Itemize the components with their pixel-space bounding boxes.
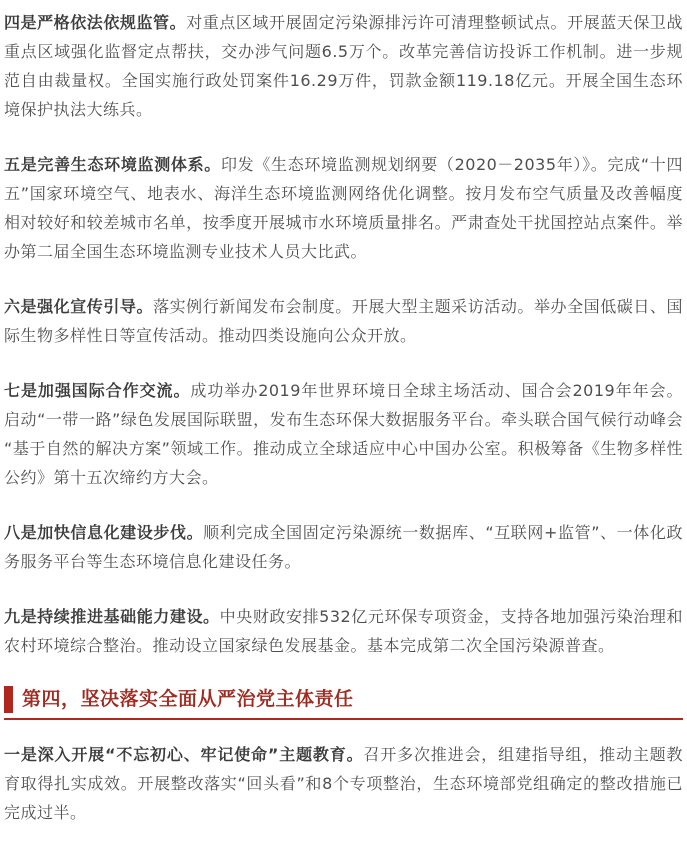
paragraph-lead: 八是加快信息化建设步伐。 — [4, 523, 203, 542]
paragraph-lead: 六是强化宣传引导。 — [4, 297, 153, 316]
section-header-title: 第四，坚决落实全面从严治党主体责任 — [22, 686, 354, 713]
paragraph: 七是加强国际合作交流。成功举办2019年世界环境日全球主场活动、国合会2019年… — [4, 376, 683, 492]
paragraph-lead: 七是加强国际合作交流。 — [4, 381, 190, 400]
article-content: 四是严格依法依规监管。对重点区域开展固定污染源排污许可清理整顿试点。开展蓝天保卫… — [0, 0, 687, 845]
paragraph-lead: 一是深入开展“不忘初心、牢记使命”主题教育。 — [4, 745, 363, 764]
paragraph: 九是持续推进基础能力建设。中央财政安排532亿元环保专项资金，支持各地加强污染治… — [4, 602, 683, 660]
paragraph-lead: 四是严格依法依规监管。 — [4, 13, 186, 32]
paragraph: 一是深入开展“不忘初心、牢记使命”主题教育。召开多次推进会，组建指导组，推动主题… — [4, 740, 683, 827]
paragraph: 五是完善生态环境监测体系。印发《生态环境监测规划纲要（2020－2035年）》。… — [4, 150, 683, 266]
paragraph-lead: 九是持续推进基础能力建设。 — [4, 607, 220, 626]
section-header: 第四，坚决落实全面从严治党主体责任 — [4, 686, 683, 720]
paragraph: 六是强化宣传引导。落实例行新闻发布会制度。开展大型主题采访活动。举办全国低碳日、… — [4, 292, 683, 350]
red-bar — [4, 686, 13, 713]
paragraph: 八是加快信息化建设步伐。顺利完成全国固定污染源统一数据库、“互联网+监管”、一体… — [4, 518, 683, 576]
paragraph-lead: 五是完善生态环境监测体系。 — [4, 155, 221, 174]
paragraph: 四是严格依法依规监管。对重点区域开展固定污染源排污许可清理整顿试点。开展蓝天保卫… — [4, 8, 683, 124]
